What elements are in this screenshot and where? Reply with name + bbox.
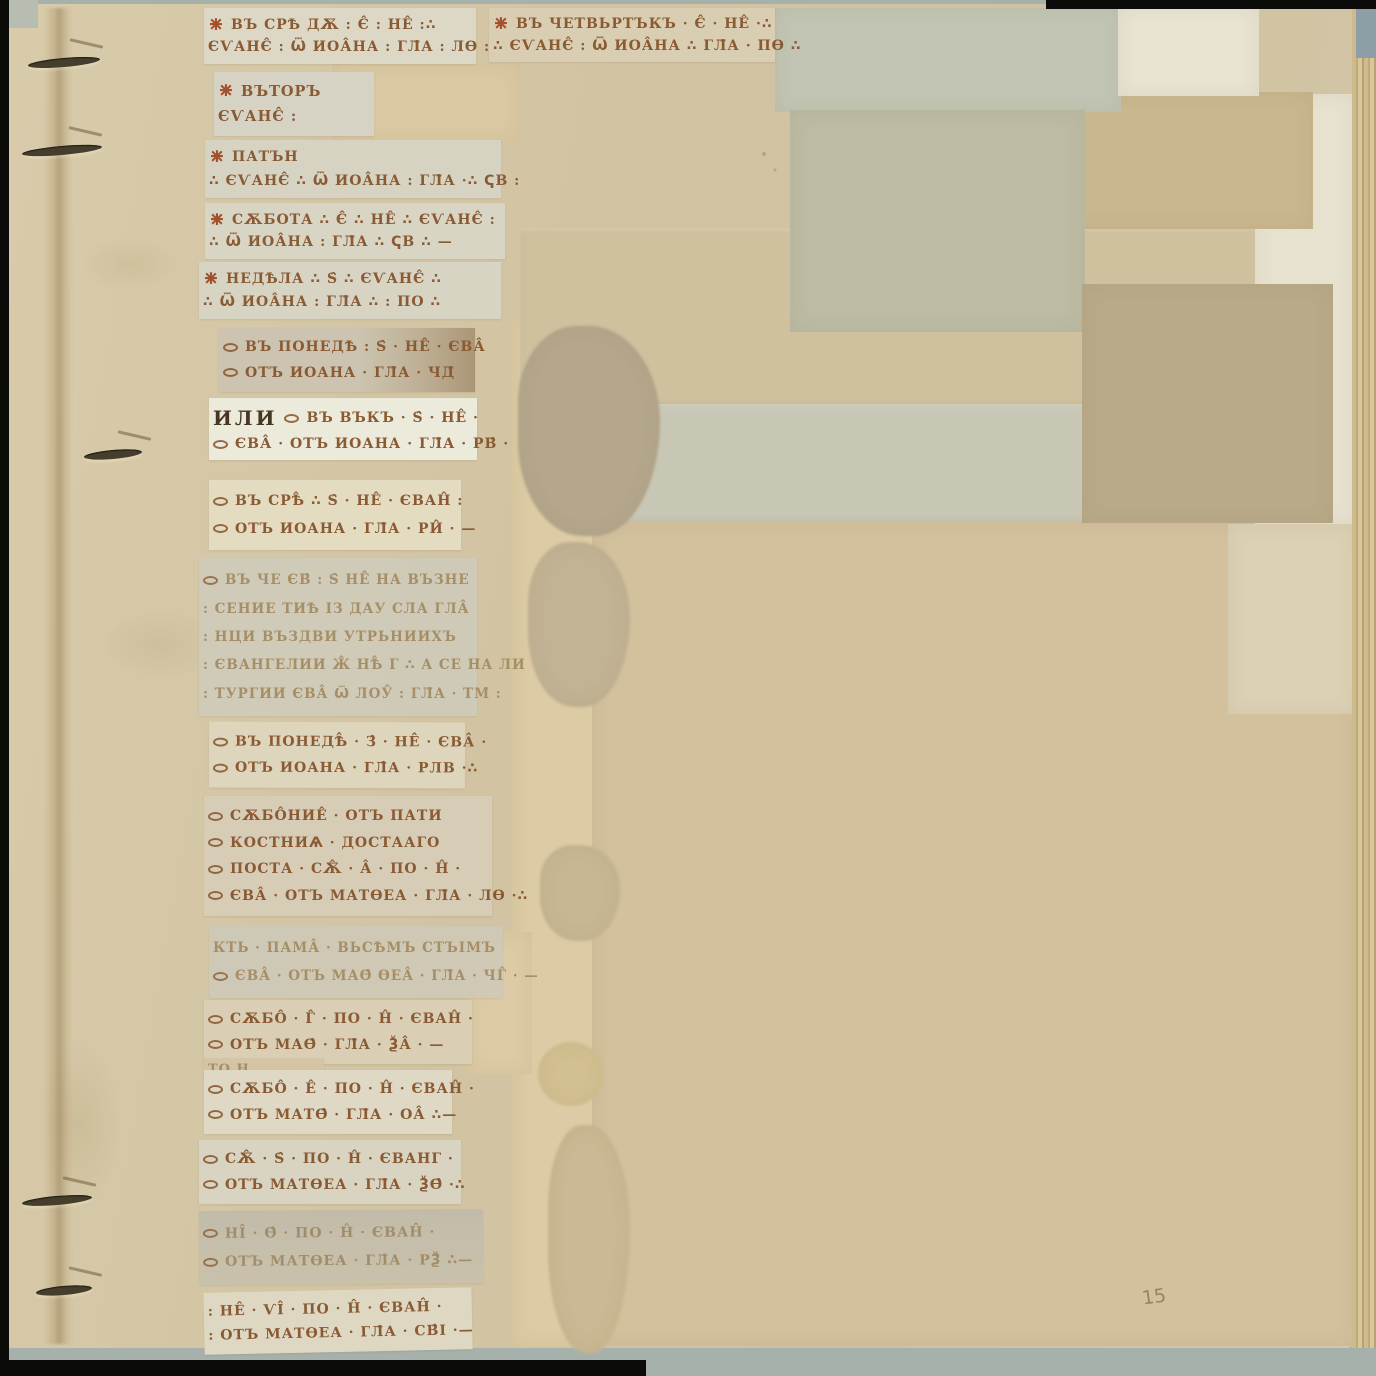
manuscript-text: ЄѴАНЄ̂ : [218, 108, 297, 125]
manuscript-line: : НЕ̂ · ѴІ̂ · ПО · Н̂ · ЄВАН̂ · [208, 1298, 468, 1319]
parchment-patch [538, 1042, 604, 1106]
manuscript-text: ВЪ СРѢ ДѪ : Є̂ : НЕ̂ :∴ [231, 17, 436, 33]
reference-mark-icon [203, 271, 219, 287]
manuscript-text: ОТЪ ИОАНА · ГЛ̂А · РИ̂ · — [235, 521, 476, 537]
manuscript-line: КТЬ · ПАМА̂ · ВЬСѢМЪ СТЪІМЪ [213, 940, 499, 956]
parchment-patch [1228, 524, 1355, 714]
manuscript-text: КТЬ · ПАМА̂ · ВЬСѢМЪ СТЪІМЪ [213, 940, 496, 956]
gospel-sign-icon [213, 524, 228, 533]
parchment-patch [790, 110, 1085, 332]
text-strip: ВЪ СРѢ̂ ∴ Ѕ̂ · НЕ̂ · ЄВАН̂ :ОТЪ ИОАНА · … [209, 480, 461, 550]
gospel-sign-icon [208, 1040, 223, 1049]
manuscript-line: : НЦИ ВЪЗДВИ УТРЬНИИХЪ [203, 629, 473, 645]
text-strip: КТЬ · ПАМА̂ · ВЬСѢМЪ СТЪІМЪЄВА̂ · ОТЪ МА… [209, 926, 503, 998]
gospel-sign-icon [213, 972, 228, 981]
manuscript-text: ВЪ ЧЕТВЬРТЪКЪ · Є̂ · НЕ̂ ·∴ [516, 16, 773, 32]
text-strip: СѪ̂ · Ѕ̂ · ПО · Н̂ · ЄВАНГ ·ОТЪ МАТѲЕА ·… [199, 1140, 461, 1204]
manuscript-text: ВЪ ПОНЕДѢ : Ѕ̂ · НЕ̂ · ЄВА̂ [245, 339, 486, 355]
parchment-patch [518, 326, 660, 536]
manuscript-line: ОТЪ МАТѲЕА · ГЛ̂А · ѮѲ̂ ·∴ [203, 1177, 457, 1193]
manuscript-line: ПАТЪН [209, 149, 497, 165]
manuscript-line: ВЪ СРѢ ДѪ : Є̂ : НЕ̂ :∴ [208, 17, 472, 33]
text-strip: ВЪ ЧЕ ЄВ̂ : Ѕ̂ НЕ̂ НА ВЪЗНЕ: СЕНИЕ ТИѢ І… [199, 558, 477, 716]
manuscript-line: ОТЪ МАТѲ̂ · ГЛ̂А · ОА̂ ∴— [208, 1107, 448, 1123]
manuscript-line: ОТЪ ИОАНА · ГЛ̂А · ЧД̂ [223, 365, 471, 381]
parchment-patch [1082, 284, 1333, 523]
text-strip: СѪБО̂НИЕ̂ · ОТЪ ПАТИКОСТНИѦ · ДОСТААГОПО… [204, 796, 492, 916]
manuscript-line: ∴ ЄѴАНЄ̂ ∴ Ѿ ИОА̂НА : ГЛ̂А ·∴ ҀВ : [209, 173, 497, 189]
manuscript-line: ВЪ ЧЕТВЬРТЪКЪ · Є̂ · НЕ̂ ·∴ [493, 16, 771, 32]
manuscript-text: СѪБО̂ · Е̂ · ПО · Н̂ · ЄВАН̂ · [230, 1081, 475, 1097]
manuscript-text: ИЛИ [213, 406, 277, 430]
text-strip: : НЕ̂ · ѴІ̂ · ПО · Н̂ · ЄВАН̂ ·: ОТЪ МАТ… [203, 1287, 472, 1355]
manuscript-text: ВЪ ЧЕ ЄВ̂ : Ѕ̂ НЕ̂ НА ВЪЗНЕ [225, 572, 470, 588]
gospel-sign-icon [213, 497, 228, 506]
manuscript-line: СѪ̂ · Ѕ̂ · ПО · Н̂ · ЄВАНГ · [203, 1151, 457, 1167]
manuscript-line: ВЪ СРѢ̂ ∴ Ѕ̂ · НЕ̂ · ЄВАН̂ : [213, 493, 457, 509]
manuscript-line: ОТЪ ИОАНА · ГЛ̂А · РЛВ ·∴ [213, 760, 461, 777]
manuscript-text: ОТЪ МАТѲЕА · ГЛ̂А · РѮ̂ ∴— [225, 1252, 473, 1270]
gospel-sign-icon [203, 1180, 218, 1189]
text-strip: СѪБО̂ · Г̂ · ПО · Н̂ · ЄВАН̂ ·ОТЪ МАѲ̂ ·… [204, 1000, 472, 1064]
manuscript-text: : ТУРГИИ ЄВА̂ Ѿ ЛОУ̂ : ГЛ̂А · ТМ̂ : [203, 686, 502, 702]
manuscript-text: ОТЪ ИОАНА · ГЛ̂А · ЧД̂ [245, 365, 455, 381]
manuscript-line: ВЪТОРЪ [218, 83, 370, 100]
parchment-patch [548, 1125, 630, 1353]
parchment-patch [775, 8, 1121, 112]
pencil-folio-number: 15 [1141, 1284, 1168, 1309]
manuscript-text: НЕДѢЛА ∴ Ѕ̂ ∴ ЄѴАНЄ̂ ∴ [226, 271, 442, 287]
manuscript-line: ИЛИВЪ ВЪКЪ · Ѕ̂ · НЕ̂ · [213, 406, 473, 430]
text-strip: ВЪ ПОНЕДѢ̂ · З̂ · НЕ̂ · ЄВА̂ ·ОТЪ ИОАНА … [209, 722, 465, 789]
manuscript-line: : СЕНИЕ ТИѢ ІЗ ДАУ СЛА ГЛА̂ [203, 601, 473, 617]
manuscript-text: ∴ ЄѴАНЄ̂ : Ѿ ИОА̂НА ∴ ГЛ̂А · ПѲ ∴ [493, 38, 801, 54]
manuscript-scan: ВЪ СРѢ ДѪ : Є̂ : НЕ̂ :∴ЄѴАНЄ̂ : Ѿ ИОА̂НА… [0, 0, 1376, 1376]
manuscript-text: ВЪТОРЪ [241, 83, 321, 100]
manuscript-line: ОТЪ ИОАНА · ГЛ̂А · РИ̂ · — [213, 521, 457, 537]
gospel-sign-icon [208, 812, 223, 821]
manuscript-line: НІ̂ · Ѳ̂ · ПО · Н̂ · ЄВАН̂ · [203, 1224, 479, 1242]
reference-mark-icon [209, 149, 225, 165]
gospel-sign-icon [208, 1015, 223, 1024]
manuscript-line: НЕДѢЛА ∴ Ѕ̂ ∴ ЄѴАНЄ̂ ∴ [203, 271, 497, 287]
manuscript-line: ЄВА̂ · ОТЪ МАѲ̂ ѲЕА̂ · ГЛ̂А · ЧГ̂ · — [213, 968, 499, 984]
manuscript-text: ЄВА̂ · ОТЪ ИОАНА · ГЛ̂А · РВ̂ · [235, 436, 509, 452]
manuscript-text: СѪБОТА ∴ Є̂ ∴ НЕ̂ ∴ ЄѴАНЄ̂ : [232, 212, 496, 228]
parchment-patch [528, 542, 630, 707]
gospel-sign-icon [208, 865, 223, 874]
manuscript-line: ЄѴАНЄ̂ : Ѿ ИОА̂НА : ГЛ̂А : ЛѲ : [208, 39, 472, 55]
manuscript-text: : НЦИ ВЪЗДВИ УТРЬНИИХЪ [203, 629, 457, 645]
manuscript-text: СѪ̂ · Ѕ̂ · ПО · Н̂ · ЄВАНГ · [225, 1151, 454, 1167]
text-strip: СѪБОТА ∴ Є̂ ∴ НЕ̂ ∴ ЄѴАНЄ̂ :∴ Ѿ ИОА̂НА :… [205, 203, 505, 259]
manuscript-line: ВЪ ПОНЕДѢ̂ · З̂ · НЕ̂ · ЄВА̂ · [213, 734, 461, 751]
gospel-sign-icon [213, 763, 228, 772]
manuscript-line: : ОТЪ МАТѲЕА · ГЛ̂А · СВ̂І ·— [208, 1323, 468, 1344]
gospel-sign-icon [284, 414, 299, 423]
manuscript-text: ВЪ ВЪКЪ · Ѕ̂ · НЕ̂ · [306, 410, 478, 426]
manuscript-line: : ЄВАНГЕЛИИ Ж̂ НѢ̂ Г ∴ А СЕ НА ЛИ [203, 657, 473, 673]
manuscript-line: ОТЪ МАТѲЕА · ГЛ̂А · РѮ̂ ∴— [203, 1252, 479, 1270]
manuscript-line: ВЪ ПОНЕДѢ : Ѕ̂ · НЕ̂ · ЄВА̂ [223, 339, 471, 355]
gospel-sign-icon [213, 737, 228, 746]
gospel-sign-icon [203, 576, 218, 585]
scan-border-bottom [6, 1360, 646, 1376]
reference-mark-icon [218, 83, 234, 99]
manuscript-text: СѪБО̂ · Г̂ · ПО · Н̂ · ЄВАН̂ · [230, 1011, 474, 1027]
book-spine-fold [44, 8, 72, 1344]
manuscript-text: ОТЪ МАТѲЕА · ГЛ̂А · ѮѲ̂ ·∴ [225, 1177, 466, 1193]
manuscript-line: СѪБО̂НИЕ̂ · ОТЪ ПАТИ [208, 808, 488, 824]
scan-border-left [0, 0, 9, 1376]
manuscript-line: ОТЪ МАѲ̂ · ГЛ̂А · ѮА̂ · — [208, 1037, 468, 1053]
scan-border-top [1046, 0, 1376, 9]
manuscript-text: КОСТНИѦ · ДОСТААГО [230, 835, 440, 851]
manuscript-line: СѪБО̂ · Е̂ · ПО · Н̂ · ЄВАН̂ · [208, 1081, 448, 1097]
text-strip: ВЪ СРѢ ДѪ : Є̂ : НЕ̂ :∴ЄѴАНЄ̂ : Ѿ ИОА̂НА… [204, 8, 476, 64]
gospel-sign-icon [203, 1229, 218, 1238]
manuscript-line: ЄВА̂ · ОТЪ ИОАНА · ГЛ̂А · РВ̂ · [213, 436, 473, 452]
manuscript-line: СѪБОТА ∴ Є̂ ∴ НЕ̂ ∴ ЄѴАНЄ̂ : [209, 212, 501, 228]
manuscript-text: ∴ ЄѴАНЄ̂ ∴ Ѿ ИОА̂НА : ГЛ̂А ·∴ ҀВ : [209, 173, 520, 189]
manuscript-text: ∴ Ѿ ИОА̂НА : ГЛ̂А ∴ : ПО ∴ [203, 294, 441, 310]
manuscript-line: ∴ Ѿ ИОА̂НА : ГЛ̂А ∴ ҀВ ∴ — [209, 234, 501, 250]
parchment-patch [1118, 6, 1259, 96]
text-strip: ПАТЪН∴ ЄѴАНЄ̂ ∴ Ѿ ИОА̂НА : ГЛ̂А ·∴ ҀВ : [205, 140, 501, 198]
gospel-sign-icon [208, 838, 223, 847]
text-strip: НІ̂ · Ѳ̂ · ПО · Н̂ · ЄВАН̂ ·ОТЪ МАТѲЕА ·… [199, 1209, 484, 1285]
manuscript-line: ЄѴАНЄ̂ : [218, 108, 370, 125]
gospel-sign-icon [203, 1155, 218, 1164]
manuscript-text: ПАТЪН [232, 149, 299, 165]
manuscript-line: КОСТНИѦ · ДОСТААГО [208, 835, 488, 851]
manuscript-text: : НЕ̂ · ѴІ̂ · ПО · Н̂ · ЄВАН̂ · [208, 1298, 443, 1319]
manuscript-text: : ЄВАНГЕЛИИ Ж̂ НѢ̂ Г ∴ А СЕ НА ЛИ [203, 657, 526, 673]
manuscript-text: НІ̂ · Ѳ̂ · ПО · Н̂ · ЄВАН̂ · [225, 1224, 436, 1241]
text-strip: ВЪ ЧЕТВЬРТЪКЪ · Є̂ · НЕ̂ ·∴∴ ЄѴАНЄ̂ : Ѿ … [489, 8, 775, 62]
manuscript-line: ∴ ЄѴАНЄ̂ : Ѿ ИОА̂НА ∴ ГЛ̂А · ПѲ ∴ [493, 38, 771, 54]
manuscript-text: ОТЪ МАѲ̂ · ГЛ̂А · ѮА̂ · — [230, 1037, 444, 1053]
manuscript-line: ВЪ ЧЕ ЄВ̂ : Ѕ̂ НЕ̂ НА ВЪЗНЕ [203, 572, 473, 588]
page-edge-stack [1352, 4, 1376, 1348]
manuscript-text: ОТЪ МАТѲ̂ · ГЛ̂А · ОА̂ ∴— [230, 1107, 457, 1123]
reference-mark-icon [208, 17, 224, 33]
manuscript-line: ∴ Ѿ ИОА̂НА : ГЛ̂А ∴ : ПО ∴ [203, 294, 497, 310]
manuscript-text: ПОСТА · СѪ̂ · А̂ · ПО · Н̂ · [230, 861, 461, 877]
manuscript-text: ∴ Ѿ ИОА̂НА : ГЛ̂А ∴ ҀВ ∴ — [209, 234, 453, 250]
text-strip: ВЪ ПОНЕДѢ : Ѕ̂ · НЕ̂ · ЄВА̂ОТЪ ИОАНА · Г… [219, 328, 475, 392]
text-strip: ИЛИВЪ ВЪКЪ · Ѕ̂ · НЕ̂ ·ЄВА̂ · ОТЪ ИОАНА … [209, 398, 477, 460]
gospel-sign-icon [208, 1110, 223, 1119]
gospel-sign-icon [208, 891, 223, 900]
text-strip: СѪБО̂ · Е̂ · ПО · Н̂ · ЄВАН̂ ·ОТЪ МАТѲ̂ … [204, 1070, 452, 1134]
manuscript-line: ПОСТА · СѪ̂ · А̂ · ПО · Н̂ · [208, 861, 488, 877]
manuscript-text: ВЪ СРѢ̂ ∴ Ѕ̂ · НЕ̂ · ЄВАН̂ : [235, 493, 463, 509]
manuscript-text: : ОТЪ МАТѲЕА · ГЛ̂А · СВ̂І ·— [208, 1322, 474, 1344]
manuscript-line: СѪБО̂ · Г̂ · ПО · Н̂ · ЄВАН̂ · [208, 1011, 468, 1027]
manuscript-line: ЄВА̂ · ОТЪ МАТѲЕА · ГЛ̂А · ЛѲ ·∴ [208, 888, 488, 904]
text-strip: НЕДѢЛА ∴ Ѕ̂ ∴ ЄѴАНЄ̂ ∴∴ Ѿ ИОА̂НА : ГЛ̂А … [199, 262, 501, 319]
reference-mark-icon [209, 212, 225, 228]
gospel-sign-icon [213, 440, 228, 449]
manuscript-text: ЄѴАНЄ̂ : Ѿ ИОА̂НА : ГЛ̂А : ЛѲ : [208, 39, 490, 55]
manuscript-text: : СЕНИЕ ТИѢ ІЗ ДАУ СЛА ГЛА̂ [203, 601, 470, 617]
text-strip: ВЪТОРЪЄѴАНЄ̂ : [214, 72, 374, 136]
gospel-sign-icon [208, 1085, 223, 1094]
manuscript-text: ВЪ ПОНЕДѢ̂ · З̂ · НЕ̂ · ЄВА̂ · [235, 734, 487, 751]
gospel-sign-icon [223, 368, 238, 377]
manuscript-text: СѪБО̂НИЕ̂ · ОТЪ ПАТИ [230, 808, 443, 824]
manuscript-text: ЄВА̂ · ОТЪ МАѲ̂ ѲЕА̂ · ГЛ̂А · ЧГ̂ · — [235, 968, 539, 984]
manuscript-line: : ТУРГИИ ЄВА̂ Ѿ ЛОУ̂ : ГЛ̂А · ТМ̂ : [203, 686, 473, 702]
reference-mark-icon [493, 16, 509, 32]
gospel-sign-icon [203, 1258, 218, 1267]
parchment-patch [540, 845, 620, 941]
manuscript-text: ЄВА̂ · ОТЪ МАТѲЕА · ГЛ̂А · ЛѲ ·∴ [230, 888, 528, 904]
gospel-sign-icon [223, 343, 238, 352]
manuscript-text: ОТЪ ИОАНА · ГЛ̂А · РЛВ ·∴ [235, 760, 478, 777]
